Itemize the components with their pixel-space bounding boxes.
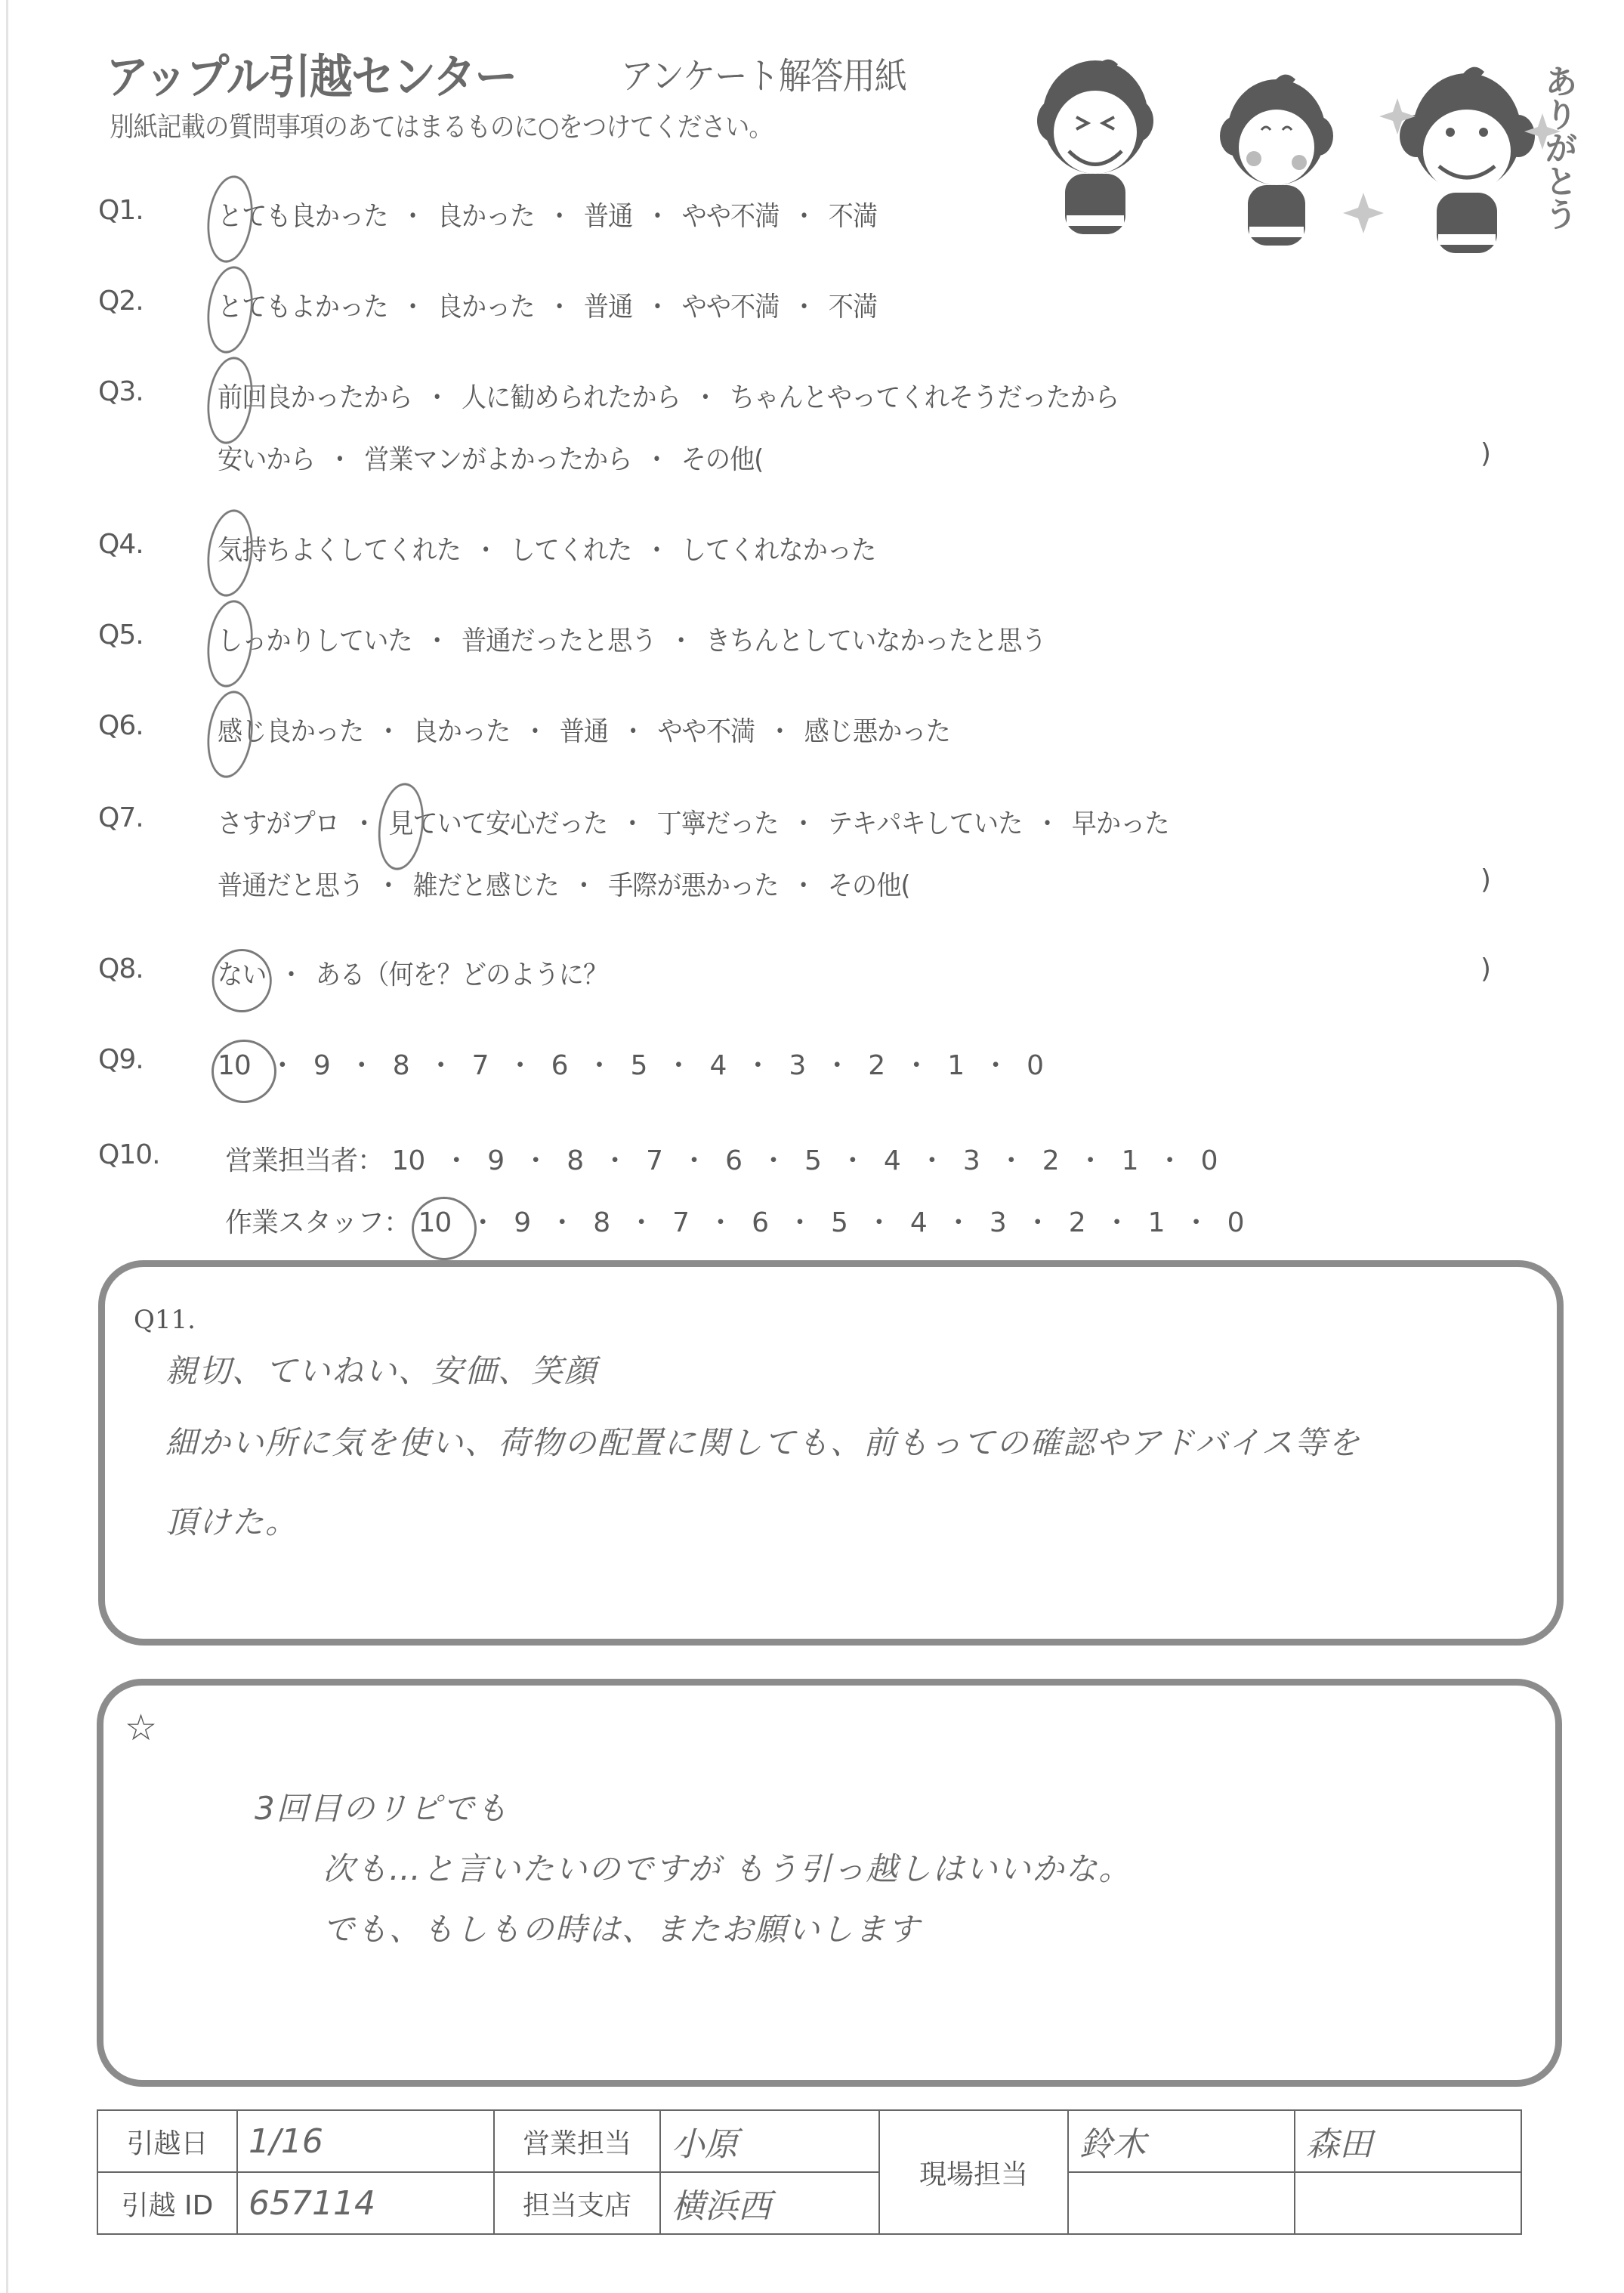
option[interactable]: 普通だったと思う: [462, 626, 656, 657]
option[interactable]: 不満: [829, 201, 877, 232]
option[interactable]: 良かった: [413, 716, 511, 747]
question-number: Q7.: [98, 802, 144, 833]
q11-comment-box[interactable]: Q11. 親切、ていねい、安価、笑顔 細かい所に気を使い、荷物の配置に関しても、…: [98, 1260, 1564, 1646]
score[interactable]: 8: [567, 1145, 583, 1176]
option[interactable]: 普通だと思う: [218, 870, 363, 901]
handwritten-line: 親切、ていねい、安価、笑顔: [165, 1346, 597, 1392]
score[interactable]: 4: [709, 1050, 726, 1081]
score[interactable]: 7: [672, 1207, 689, 1238]
handwritten-line: 次も…と言いたいのですが もう引っ越しはいいかな。: [323, 1844, 1132, 1890]
score[interactable]: 2: [868, 1050, 885, 1081]
score[interactable]: 6: [725, 1145, 742, 1176]
branch-value[interactable]: 横浜西: [660, 2172, 879, 2234]
close-paren: ): [1480, 953, 1491, 984]
option[interactable]: テキパキしていた: [828, 808, 1023, 839]
thanks-caption: ありがとう: [1533, 64, 1582, 230]
option[interactable]: 丁寧だった: [656, 808, 778, 839]
field-staff-label: 現場担当: [879, 2110, 1068, 2234]
close-paren: ): [1480, 864, 1491, 895]
additional-comment-box[interactable]: ☆ 3回目のリピでも 次も…と言いたいのですが もう引っ越しはいいかな。 でも、…: [97, 1679, 1562, 2087]
score[interactable]: 6: [551, 1050, 568, 1081]
instruction-text: 別紙記載の質問事項のあてはまるものに○をつけてください。: [110, 106, 773, 144]
score[interactable]: 7: [646, 1145, 662, 1176]
score[interactable]: 4: [884, 1145, 900, 1176]
mascot-illustration: ありがとう: [1005, 45, 1609, 257]
score[interactable]: 8: [393, 1050, 409, 1081]
form-title: アンケート解答用紙: [621, 47, 906, 99]
field-staff-3[interactable]: [1068, 2172, 1295, 2234]
option[interactable]: 雑だと感じた: [413, 870, 559, 901]
handwritten-line: 3回目のリピでも: [255, 1784, 509, 1829]
question-number: Q9.: [98, 1044, 144, 1075]
score[interactable]: 3: [789, 1050, 805, 1081]
q11-label: Q11.: [134, 1305, 196, 1335]
close-paren: ): [1480, 438, 1491, 469]
question-number: Q6.: [98, 710, 144, 741]
score[interactable]: 0: [1027, 1050, 1043, 1081]
option[interactable]: やや不満: [657, 716, 755, 747]
option-selected[interactable]: とてもよかった: [218, 292, 387, 323]
move-date-value[interactable]: 1/16: [237, 2110, 494, 2172]
company-name: アップル引越センター: [106, 39, 516, 107]
score[interactable]: 2: [1042, 1145, 1059, 1176]
score[interactable]: 3: [990, 1207, 1006, 1238]
score[interactable]: 2: [1069, 1207, 1085, 1238]
option[interactable]: 良かった: [437, 201, 535, 232]
sales-rep-value[interactable]: 小原: [660, 2110, 879, 2172]
score[interactable]: 7: [472, 1050, 489, 1081]
score[interactable]: 1: [947, 1050, 964, 1081]
score[interactable]: 4: [910, 1207, 927, 1238]
option-selected[interactable]: 感じ良かった: [218, 716, 363, 747]
score[interactable]: 8: [593, 1207, 610, 1238]
score[interactable]: 10: [391, 1145, 425, 1176]
option[interactable]: さすがプロ: [218, 808, 339, 839]
sales-rep-label: 営業担当: [494, 2110, 660, 2172]
score[interactable]: 5: [804, 1145, 821, 1176]
score[interactable]: 6: [752, 1207, 768, 1238]
option[interactable]: 感じ悪かった: [804, 716, 950, 747]
move-id-label: 引越 ID: [97, 2172, 237, 2234]
option-other[interactable]: その他(: [828, 870, 910, 901]
option[interactable]: してくれなかった: [681, 535, 876, 566]
handwritten-line: 頂けた。: [165, 1497, 298, 1543]
option[interactable]: 不満: [829, 292, 877, 323]
option-selected[interactable]: 気持ちよくしてくれた: [218, 535, 461, 566]
option[interactable]: 普通: [560, 716, 608, 747]
option[interactable]: 人に勧められたから: [462, 382, 681, 413]
score-selected[interactable]: 10: [418, 1207, 451, 1238]
handwritten-line: でも、もしもの時は、またお願いします: [323, 1905, 921, 1950]
work-staff-label: 作業スタッフ：: [225, 1207, 410, 1238]
option[interactable]: やや不満: [682, 201, 780, 232]
score[interactable]: 9: [514, 1207, 530, 1238]
score-selected[interactable]: 10: [218, 1050, 251, 1081]
option[interactable]: やや不満: [682, 292, 780, 323]
option[interactable]: 普通: [584, 292, 632, 323]
score[interactable]: 0: [1201, 1145, 1218, 1176]
question-number: Q5.: [98, 620, 144, 651]
option[interactable]: 普通: [584, 201, 632, 232]
option[interactable]: 手際が悪かった: [608, 870, 778, 901]
question-number: Q2.: [98, 286, 144, 317]
question-number: Q3.: [98, 376, 144, 407]
score[interactable]: 9: [313, 1050, 330, 1081]
option-selected[interactable]: ない: [218, 960, 266, 990]
question-number: Q4.: [98, 529, 144, 560]
option[interactable]: ちゃんとやってくれそうだったから: [730, 382, 1119, 413]
option[interactable]: ある（何を？どのように？: [316, 960, 607, 990]
option-selected[interactable]: 見ていて安心だった: [388, 808, 607, 839]
option-selected[interactable]: 前回良かったから: [218, 382, 412, 413]
option[interactable]: 早かった: [1072, 808, 1169, 839]
score[interactable]: 5: [631, 1050, 647, 1081]
option[interactable]: きちんとしていなかったと思う: [705, 626, 1046, 657]
question-number: Q8.: [98, 953, 144, 984]
score[interactable]: 5: [831, 1207, 848, 1238]
option[interactable]: してくれた: [510, 535, 631, 566]
option-selected[interactable]: しっかりしていた: [218, 626, 412, 657]
monkey-mascots-icon: [1005, 45, 1609, 272]
score[interactable]: 0: [1227, 1207, 1244, 1238]
sales-rep-label: 営業担当者：: [225, 1145, 384, 1176]
question-number: Q1.: [98, 195, 144, 226]
score[interactable]: 1: [1148, 1207, 1165, 1238]
question-number: Q10.: [98, 1139, 160, 1170]
field-staff-2[interactable]: 森田: [1295, 2110, 1521, 2172]
branch-label: 担当支店: [494, 2172, 660, 2234]
move-date-label: 引越日: [97, 2110, 237, 2172]
handwritten-line: 細かい所に気を使い、荷物の配置に関しても、前もっての確認やアドバイス等を: [165, 1418, 1361, 1463]
move-info-table: 引越日 1/16 営業担当 小原 現場担当 鈴木 森田 引越 ID 657114…: [97, 2109, 1522, 2235]
field-staff-4[interactable]: [1295, 2172, 1521, 2234]
score[interactable]: 9: [487, 1145, 504, 1176]
scan-edge: [6, 0, 8, 2293]
option-selected[interactable]: とても良かった: [218, 201, 387, 232]
move-id-value[interactable]: 657114: [237, 2172, 494, 2234]
field-staff-1[interactable]: 鈴木: [1068, 2110, 1295, 2172]
option-other[interactable]: その他(: [681, 444, 764, 475]
star-icon: ☆: [125, 1707, 157, 1749]
option[interactable]: 良かった: [437, 292, 535, 323]
score[interactable]: 1: [1122, 1145, 1138, 1176]
score[interactable]: 3: [963, 1145, 980, 1176]
option[interactable]: 営業マンがよかったから: [364, 444, 631, 475]
option[interactable]: 安いから: [218, 444, 315, 475]
